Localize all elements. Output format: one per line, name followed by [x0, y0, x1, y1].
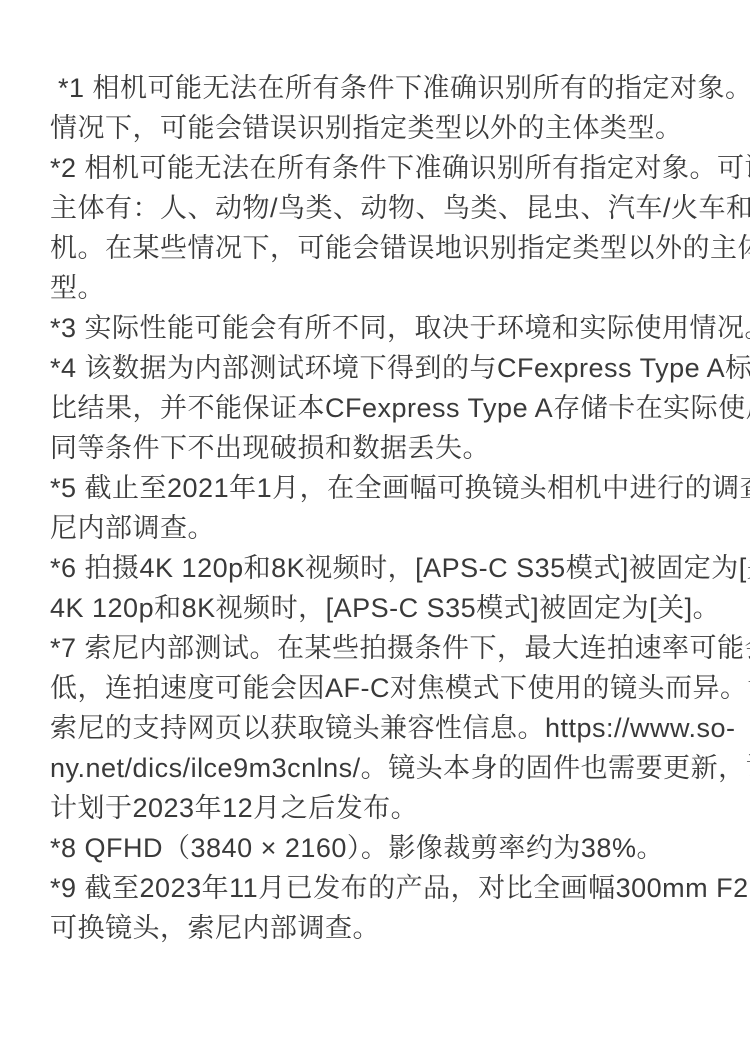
- footnote-line: *9 截至2023年11月已发布的产品，对比全画幅300mm F2.8规格: [50, 868, 726, 908]
- footnote-7: *7 索尼内部测试。在某些拍摄条件下，最大连拍速率可能会较 低，连拍速度可能会因…: [50, 628, 726, 828]
- footnote-line: *1 相机可能无法在所有条件下准确识别所有的指定对象。在某些: [50, 68, 726, 108]
- footnote-line: 计划于2023年12月之后发布。: [50, 788, 726, 828]
- footnote-line: 同等条件下不出现破损和数据丢失。: [50, 428, 726, 468]
- footnote-3: *3 实际性能可能会有所不同，取决于环境和实际使用情况。: [50, 308, 726, 348]
- footnote-line: 比结果，并不能保证本CFexpress Type A存储卡在实际使用中，于: [50, 388, 726, 428]
- footnote-line: 情况下，可能会错误识别指定类型以外的主体类型。: [50, 108, 726, 148]
- footnote-6: *6 拍摄4K 120p和8K视频时，[APS-C S35模式]被固定为[关]。…: [50, 548, 726, 628]
- footnote-line: *7 索尼内部测试。在某些拍摄条件下，最大连拍速率可能会较: [50, 628, 726, 668]
- footnote-line: *8 QFHD（3840 × 2160）。影像裁剪率约为38%。: [50, 828, 726, 868]
- footnote-line: 型。: [50, 268, 726, 308]
- footnote-line: *5 截止至2021年1月，在全画幅可换镜头相机中进行的调查，索: [50, 468, 726, 508]
- footnote-line: 可换镜头，索尼内部调查。: [50, 908, 726, 948]
- footnotes-block: *1 相机可能无法在所有条件下准确识别所有的指定对象。在某些 情况下，可能会错误…: [50, 68, 726, 948]
- footnote-1: *1 相机可能无法在所有条件下准确识别所有的指定对象。在某些 情况下，可能会错误…: [50, 68, 726, 148]
- footnote-8: *8 QFHD（3840 × 2160）。影像裁剪率约为38%。: [50, 828, 726, 868]
- footnote-line: 4K 120p和8K视频时，[APS-C S35模式]被固定为[关]。: [50, 588, 726, 628]
- footnote-line: 主体有：人、动物/鸟类、动物、鸟类、昆虫、汽车/火车和飞: [50, 188, 726, 228]
- footnote-line-with-url: ny.net/dics/ilce9m3cnlns/。镜头本身的固件也需要更新，该…: [50, 748, 726, 788]
- footnote-line: 机。在某些情况下，可能会错误地识别指定类型以外的主体类: [50, 228, 726, 268]
- footnote-line: *3 实际性能可能会有所不同，取决于环境和实际使用情况。: [50, 308, 726, 348]
- footnote-line: *2 相机可能无法在所有条件下准确识别所有指定对象。可设置的: [50, 148, 726, 188]
- disclaimer-page: *1 相机可能无法在所有条件下准确识别所有的指定对象。在某些 情况下，可能会错误…: [0, 0, 750, 1052]
- footnote-line: *4 该数据为内部测试环境下得到的与CFexpress Type A标准的对: [50, 348, 726, 388]
- footnote-line: *6 拍摄4K 120p和8K视频时，[APS-C S35模式]被固定为[关]。…: [50, 548, 726, 588]
- footnote-5: *5 截止至2021年1月，在全画幅可换镜头相机中进行的调查，索 尼内部调查。: [50, 468, 726, 548]
- footnote-line: 低，连拍速度可能会因AF-C对焦模式下使用的镜头而异。请访问: [50, 668, 726, 708]
- footnote-4: *4 该数据为内部测试环境下得到的与CFexpress Type A标准的对 比…: [50, 348, 726, 468]
- footnote-line: 尼内部调查。: [50, 508, 726, 548]
- footnote-9: *9 截至2023年11月已发布的产品，对比全画幅300mm F2.8规格 可换…: [50, 868, 726, 948]
- footnote-line-with-url: 索尼的支持网页以获取镜头兼容性信息。https://www.so-: [50, 708, 726, 748]
- footnote-2: *2 相机可能无法在所有条件下准确识别所有指定对象。可设置的 主体有：人、动物/…: [50, 148, 726, 308]
